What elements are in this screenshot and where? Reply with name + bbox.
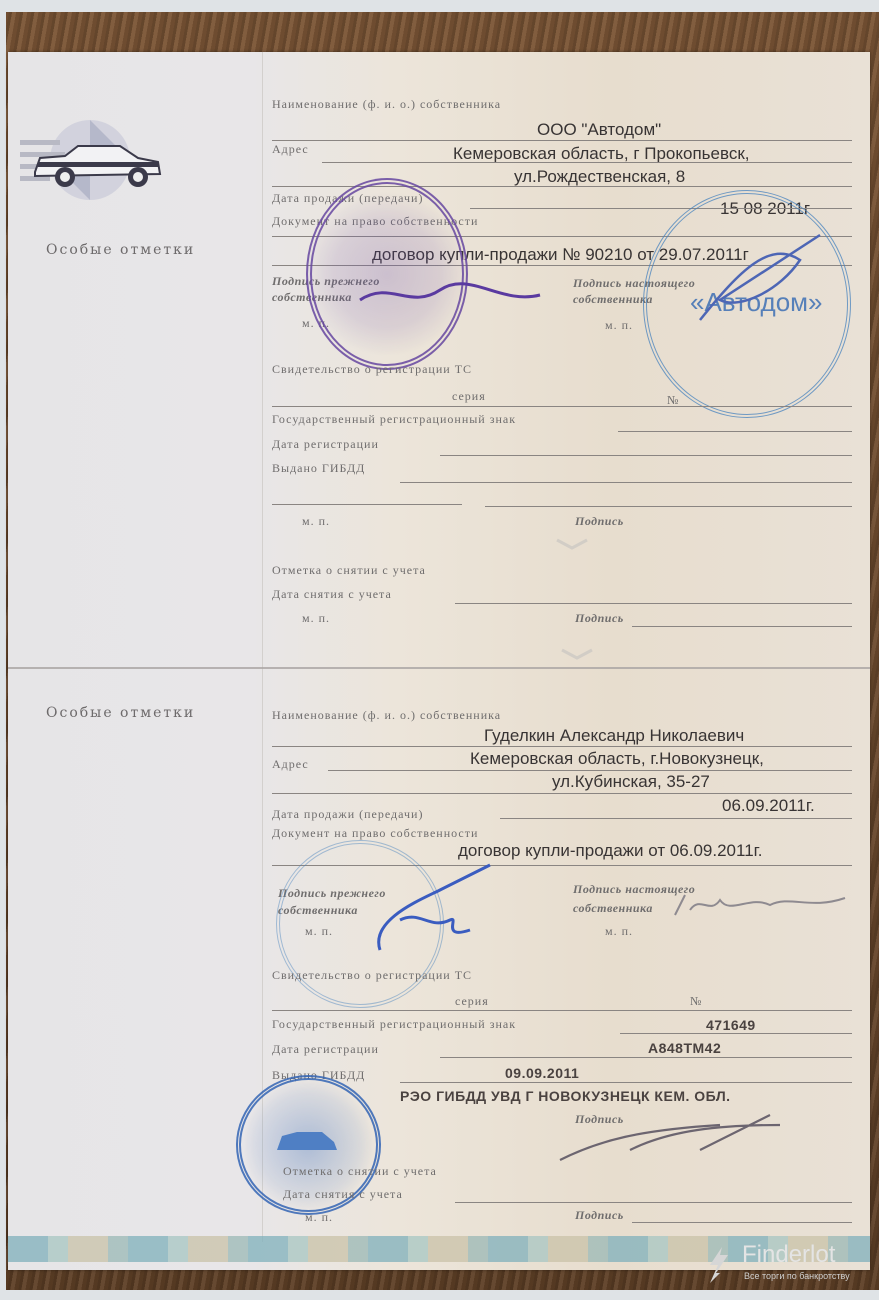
field-line	[272, 746, 852, 747]
field-line	[400, 1082, 852, 1083]
address-label: Адрес	[272, 142, 309, 157]
watermark-title: Finderlot	[742, 1241, 835, 1269]
issued-by-label: Выдано ГИБДД	[272, 461, 365, 476]
signature-prev-owner	[350, 270, 550, 320]
special-marks-label-1: Особые отметки	[46, 242, 195, 258]
plate-label: Государственный регистрационный знак	[272, 412, 516, 427]
page-fold	[8, 667, 870, 669]
gibdd-seal-car-icon	[272, 1122, 342, 1158]
signature-label: Подпись	[575, 611, 624, 626]
image-border	[0, 0, 879, 12]
chevron-ornament-icon	[555, 538, 589, 550]
field-line	[328, 770, 852, 771]
reg-date-label: Дата регистрации	[272, 1042, 379, 1057]
plate-value: А848ТМ42	[648, 1040, 721, 1056]
finderlot-logo-icon	[706, 1245, 736, 1285]
field-line	[440, 1057, 852, 1058]
field-line	[632, 1222, 852, 1223]
field-line	[272, 793, 852, 794]
deregistration-date-label: Дата снятия с учета	[272, 587, 392, 602]
car-emblem-icon	[20, 110, 170, 220]
current-owner-sign-label-2: собственника	[573, 292, 653, 307]
owner-name-value: ООО "Автодом"	[537, 120, 661, 140]
field-line	[272, 406, 852, 407]
image-border	[0, 1290, 879, 1300]
plate-label: Государственный регистрационный знак	[272, 1017, 516, 1032]
owner-name-label: Наименование (ф. и. о.) собственника	[272, 708, 501, 723]
column-divider	[262, 52, 263, 1242]
owner-name-value: Гуделкин Александр Николаевич	[484, 726, 744, 746]
gibdd-officer-signature	[520, 1105, 790, 1165]
series-label: серия	[455, 994, 489, 1009]
signature-label: Подпись	[575, 514, 624, 529]
field-line	[632, 626, 852, 627]
field-line	[620, 1033, 852, 1034]
address-label: Адрес	[272, 757, 309, 772]
number-label: №	[690, 994, 702, 1009]
issued-by-value: РЭО ГИБДД УВД Г НОВОКУЗНЕЦК КЕМ. ОБЛ.	[400, 1088, 731, 1104]
signature-label: Подпись	[575, 1208, 624, 1223]
seal-place-label: м. п.	[605, 318, 633, 333]
seal-place-label: м. п.	[302, 514, 330, 529]
field-line	[618, 431, 852, 432]
reg-cert-label: Свидетельство о регистрации ТС	[272, 968, 472, 983]
watermark-subtitle: Все торги по банкротству	[744, 1271, 850, 1281]
deregistration-label: Отметка о снятии с учета	[272, 563, 426, 578]
special-marks-label-2: Особые отметки	[46, 705, 195, 721]
series-label: серия	[452, 389, 486, 404]
field-line	[455, 1202, 852, 1203]
ownership-doc-label: Документ на право собственности	[272, 826, 478, 841]
reg-cert-label: Свидетельство о регистрации ТС	[272, 362, 472, 377]
reg-date-value: 09.09.2011	[505, 1065, 579, 1081]
field-line	[500, 818, 852, 819]
deregistration-label: Отметка о снятии с учета	[283, 1164, 437, 1179]
seal-place-label: м. п.	[305, 1210, 333, 1225]
cert-number-value: 471649	[706, 1017, 756, 1033]
signature-current-owner	[670, 890, 850, 920]
owner-name-label: Наименование (ф. и. о.) собственника	[272, 97, 501, 112]
deregistration-date-label: Дата снятия с учета	[283, 1187, 403, 1202]
seal-place-label: м. п.	[605, 924, 633, 939]
address-line-2: ул.Рождественская, 8	[514, 167, 685, 187]
signature-prev-owner	[360, 860, 510, 960]
field-line	[272, 140, 852, 141]
current-owner-sign-label-2: собственника	[573, 901, 653, 916]
field-line	[322, 162, 852, 163]
address-line-1: Кемеровская область, г Прокопьевск,	[453, 144, 750, 164]
field-line	[272, 1010, 852, 1011]
seal-place-label: м. п.	[302, 611, 330, 626]
finderlot-watermark: Finderlot Все торги по банкротству	[706, 1243, 876, 1289]
field-line	[485, 506, 852, 507]
signature-current-owner	[680, 230, 830, 330]
field-line	[440, 455, 852, 456]
field-line	[272, 504, 462, 505]
reg-date-label: Дата регистрации	[272, 437, 379, 452]
sale-date-value: 06.09.2011г.	[722, 796, 815, 816]
field-line	[455, 603, 852, 604]
chevron-ornament-icon	[560, 648, 594, 660]
sale-date-label: Дата продажи (передачи)	[272, 807, 423, 822]
field-line	[400, 482, 852, 483]
address-line-1: Кемеровская область, г.Новокузнецк,	[470, 749, 764, 769]
image-border	[0, 0, 6, 1300]
ownership-doc-value: договор купли-продажи от 06.09.2011г.	[458, 841, 763, 861]
address-line-2: ул.Кубинская, 35-27	[552, 772, 710, 792]
